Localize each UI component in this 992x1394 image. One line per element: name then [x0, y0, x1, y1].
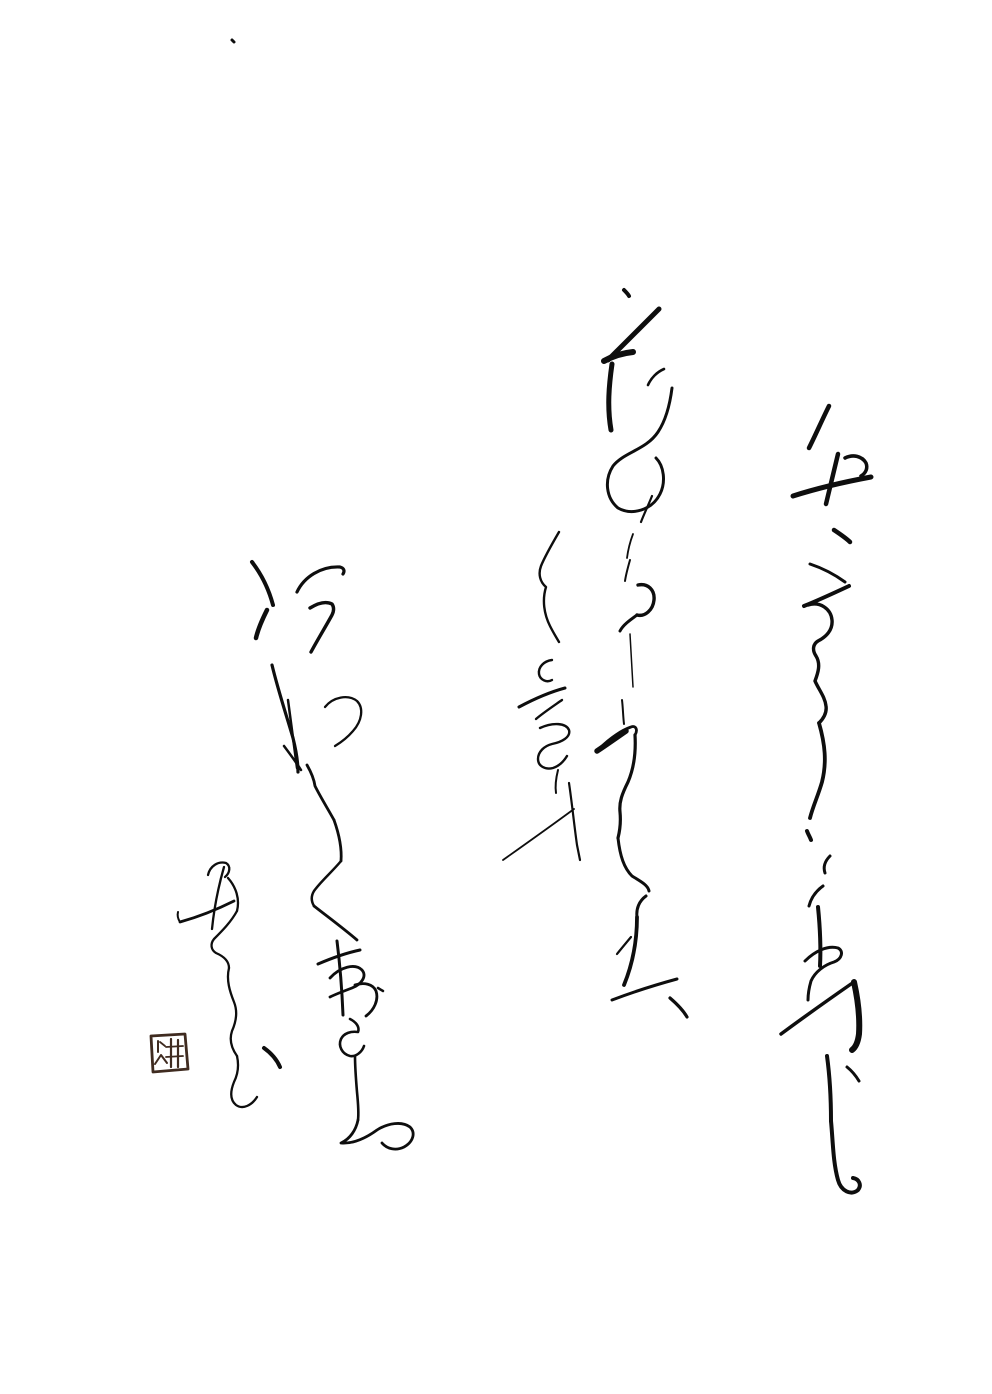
brush-stroke	[805, 947, 841, 1000]
brush-stroke	[620, 615, 637, 631]
brush-stroke	[569, 783, 580, 860]
brush-stroke	[330, 967, 364, 997]
text-column-left	[252, 562, 413, 1149]
brush-stroke	[180, 901, 234, 922]
brush-stroke	[808, 604, 832, 723]
brush-stroke	[826, 454, 838, 504]
seal-glyph-mark	[166, 1056, 183, 1057]
brush-stroke	[334, 820, 341, 861]
brush-stroke	[670, 998, 687, 1017]
brush-stroke	[809, 406, 829, 448]
brush-stroke	[617, 937, 631, 954]
brush-stroke	[847, 1067, 859, 1081]
brush-stroke	[208, 863, 229, 877]
brush-stroke	[297, 567, 344, 592]
brush-stroke	[312, 861, 341, 906]
text-column-right	[781, 406, 871, 1193]
brush-stroke	[630, 634, 633, 687]
brush-stroke	[556, 770, 558, 793]
brush-stroke	[272, 665, 298, 772]
brush-stroke	[810, 723, 825, 818]
brush-stroke	[827, 1056, 831, 1121]
brush-stroke	[831, 1121, 860, 1193]
signature-column	[178, 863, 257, 1107]
brush-stroke	[834, 530, 850, 542]
brush-stroke	[781, 984, 851, 1034]
brush-stroke	[310, 603, 334, 652]
brush-stroke	[609, 364, 612, 430]
seal-border	[151, 1034, 188, 1072]
brush-stroke	[637, 896, 646, 917]
brush-stroke	[539, 660, 552, 681]
artist-seal	[151, 1034, 188, 1072]
brush-stroke	[810, 564, 845, 582]
brush-stroke	[624, 290, 629, 296]
brush-stroke	[818, 907, 820, 966]
brush-stroke	[378, 988, 383, 991]
calligraphy-artwork	[0, 0, 992, 1394]
brush-stroke	[618, 838, 649, 891]
brush-stroke	[264, 1048, 280, 1067]
brush-stroke	[228, 968, 237, 1056]
brush-stroke	[807, 831, 811, 840]
brush-stroke	[341, 1120, 413, 1149]
brush-stroke	[845, 456, 867, 476]
calligraphy-page	[0, 0, 992, 1394]
brush-stroke	[212, 911, 237, 968]
brush-stroke	[637, 585, 654, 616]
text-column-middle	[597, 290, 687, 1017]
brush-stroke	[625, 560, 630, 581]
brush-stroke	[538, 724, 569, 768]
brush-stroke	[325, 697, 361, 746]
seal-glyph-mark	[166, 1046, 183, 1047]
brush-stroke	[503, 809, 574, 860]
text-column-inner	[503, 532, 580, 860]
brush-stroke	[337, 941, 343, 1015]
brush-stroke	[648, 369, 664, 385]
brush-stroke	[307, 765, 334, 820]
brush-stroke	[252, 562, 273, 605]
brush-stroke	[536, 700, 562, 719]
brush-stroke	[355, 984, 377, 1016]
calligraphy-canvas	[0, 0, 992, 1394]
brush-stroke	[618, 735, 635, 838]
brush-stroke	[824, 856, 830, 873]
brush-stroke	[612, 979, 677, 1000]
brush-stroke	[178, 912, 180, 922]
brush-stroke	[212, 867, 224, 929]
stray-ink-specks	[232, 40, 383, 991]
brush-stroke	[340, 1019, 364, 1056]
brush-stroke	[228, 878, 238, 911]
brush-stroke	[604, 352, 633, 361]
brush-stroke	[624, 917, 637, 985]
brush-stroke	[231, 1056, 257, 1107]
brush-stroke	[232, 40, 234, 42]
brush-stroke	[540, 532, 559, 642]
brush-stroke	[607, 388, 672, 512]
brush-stroke	[627, 534, 633, 558]
seal-glyph-mark	[155, 1055, 167, 1064]
brush-stroke	[622, 700, 624, 724]
brush-stroke	[256, 610, 267, 638]
brush-stroke	[314, 906, 357, 940]
brush-stroke	[355, 1056, 358, 1120]
seal-glyph-mark	[160, 1042, 165, 1046]
brush-stroke	[852, 982, 859, 1050]
brush-stroke	[809, 886, 823, 906]
